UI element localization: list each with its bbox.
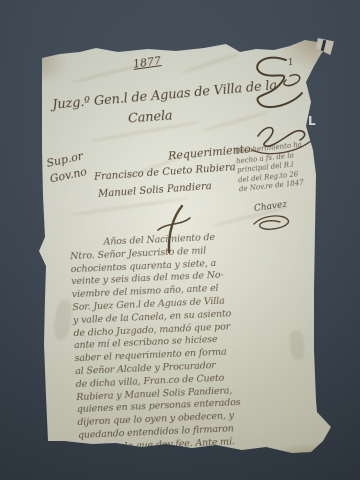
party-name-2: Manuel Solis Pandiera (98, 181, 212, 200)
body-paragraph: Años del Nacimiento de Ntro. Señor Jesuc… (69, 228, 314, 456)
party-name-1: Francisco de Cueto Rubiera (94, 162, 236, 183)
court-header-line1: Juzg.º Gen.l de Aguas de Villa de la (52, 78, 278, 113)
right-margin-note: Desaherimiento ha hecho a fs. de lo prin… (235, 141, 307, 196)
corner-L-mark: L (308, 114, 316, 128)
rubric-digit: 1 (287, 58, 294, 69)
rubric-flourish-icon (246, 52, 312, 122)
folio-number: 1877 (132, 54, 162, 71)
photo-of-manuscript: 1877 Juzg.º Gen.l de Aguas de Villa de l… (0, 0, 360, 480)
court-header-line2: Canela (128, 108, 173, 126)
manuscript-page: 1877 Juzg.º Gen.l de Aguas de Villa de l… (0, 0, 360, 480)
left-margin-note: Sup.or Gov.no (45, 148, 88, 187)
